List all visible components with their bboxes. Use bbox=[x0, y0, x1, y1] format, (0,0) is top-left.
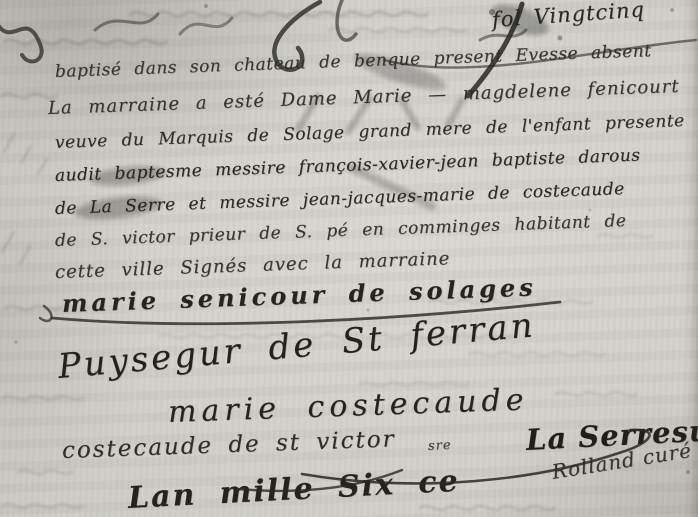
entry-line-1: baptisé dans son chateau de benque prese… bbox=[55, 43, 652, 81]
entry-line-6: de S. victor prieur de S. pé en comminge… bbox=[55, 213, 627, 250]
signature-marie-senicour-de-solages: marie senicour de solages bbox=[62, 275, 537, 316]
entry-line-3: veuve du Marquis de Solage grand mere de… bbox=[55, 113, 685, 152]
manuscript-page: fol Vingtcinq baptisé dans son chateau d… bbox=[0, 0, 698, 517]
interline-abbreviation: sre bbox=[428, 439, 452, 453]
signature-marie-costecaude: marie costecaude bbox=[167, 385, 528, 428]
next-entry-first-line: Lan mille Six ce bbox=[127, 467, 460, 514]
entry-line-5: de La Serre et messire jean-jacques-mari… bbox=[55, 181, 625, 218]
signature-costecaude-de-st-victor: costecaude de st victor bbox=[62, 428, 396, 463]
folio-number: fol Vingtcinq bbox=[491, 0, 645, 31]
signature-puysegur: Puysegur de St ferran bbox=[57, 308, 537, 384]
entry-line-2: La marraine a esté Dame Marie — magdelen… bbox=[48, 78, 680, 118]
entry-line-4: audit baptesme messire françois-xavier-j… bbox=[55, 148, 641, 185]
